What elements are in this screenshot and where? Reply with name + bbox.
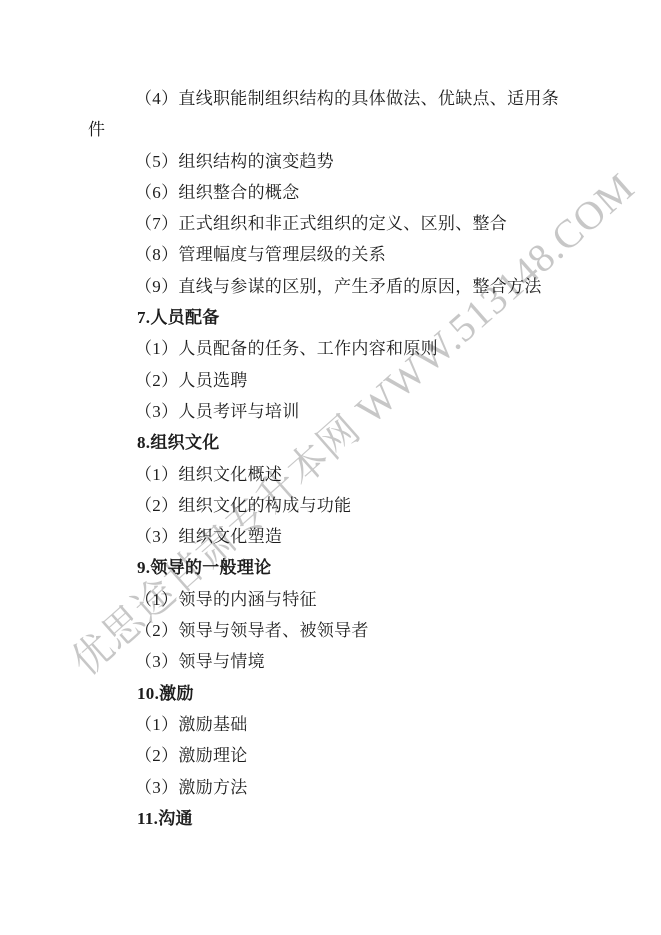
document-line-item: （6）组织整合的概念: [88, 177, 661, 208]
document-line-item: （2）激励理论: [88, 740, 661, 771]
document-line-item: （3）领导与情境: [88, 646, 661, 677]
document-line-heading: 10.激励: [88, 678, 661, 709]
document-line-item: （5）组织结构的演变趋势: [88, 146, 661, 177]
document-line-item: （3）人员考评与培训: [88, 396, 661, 427]
document-line-item: （7）正式组织和非正式组织的定义、区别、整合: [88, 208, 661, 239]
document-content: （4）直线职能制组织结构的具体做法、优缺点、适用条件（5）组织结构的演变趋势（6…: [88, 83, 661, 834]
document-line-heading: 8.组织文化: [88, 427, 661, 458]
document-page: 优思途甘肃专升本网 WWW.513148.COM （4）直线职能制组织结构的具体…: [0, 0, 661, 935]
document-line-item: （9）直线与参谋的区别，产生矛盾的原因，整合方法: [88, 271, 661, 302]
document-line-item: （2）组织文化的构成与功能: [88, 490, 661, 521]
document-line-item: （1）组织文化概述: [88, 459, 661, 490]
document-line-heading: 11.沟通: [88, 803, 661, 834]
document-line-heading: 7.人员配备: [88, 302, 661, 333]
document-line-item: （3）激励方法: [88, 772, 661, 803]
document-line-item: （1）领导的内涵与特征: [88, 584, 661, 615]
document-line-item: （8）管理幅度与管理层级的关系: [88, 239, 661, 270]
document-line-item: （1）人员配备的任务、工作内容和原则: [88, 333, 661, 364]
document-line-item: （2）领导与领导者、被领导者: [88, 615, 661, 646]
document-line-item: （3）组织文化塑造: [88, 521, 661, 552]
document-line-item: （4）直线职能制组织结构的具体做法、优缺点、适用条: [88, 83, 661, 114]
document-line-item: （1）激励基础: [88, 709, 661, 740]
document-line-item: （2）人员选聘: [88, 365, 661, 396]
document-line-heading: 9.领导的一般理论: [88, 552, 661, 583]
document-line-continuation: 件: [88, 114, 661, 145]
